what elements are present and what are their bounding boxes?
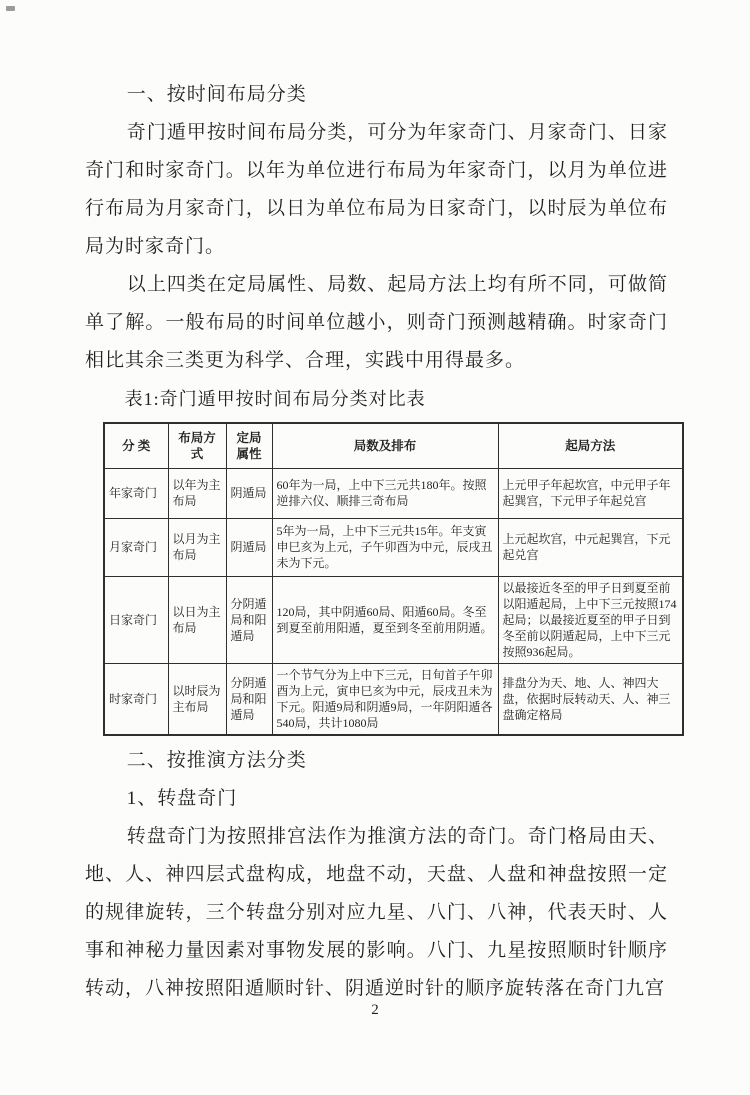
page-number: 2 xyxy=(0,1002,750,1019)
header-qiju-method: 起局方法 xyxy=(498,423,683,468)
cell-qiju-method: 上元起坎宫，中元起巽宫，下元起兑宫 xyxy=(498,518,683,576)
cell-ju-count: 5年为一局，上中下三元共15年。年支寅申巳亥为上元，子午卯酉为中元，辰戌丑未为下… xyxy=(272,518,498,576)
cell-ju-count: 60年为一局，上中下三元共180年。按照逆排六仪、顺排三奇布局 xyxy=(272,468,498,518)
section-heading-time-layout: 一、按时间布局分类 xyxy=(85,76,668,114)
cell-category: 时家奇门 xyxy=(104,663,168,735)
cell-layout-method: 以时辰为主布局 xyxy=(168,663,226,735)
cell-ju-count: 一个节气分为上中下三元，日旬首子午卯酉为上元，寅申巳亥为中元，辰戌丑未为下元。阳… xyxy=(272,663,498,735)
cell-layout-method: 以月为主布局 xyxy=(168,518,226,576)
cell-ju-count: 120局，其中阴遁60局、阳遁60局。冬至到夏至前用阳遁，夏至到冬至前用阴遁。 xyxy=(272,576,498,663)
cell-qiju-method: 上元甲子年起坎宫，中元甲子年起巽宫，下元甲子年起兑宫 xyxy=(498,468,683,518)
header-category: 分 类 xyxy=(104,423,168,468)
cell-ju-attribute: 阴遁局 xyxy=(226,518,272,576)
cell-layout-method: 以日为主布局 xyxy=(168,576,226,663)
cell-ju-attribute: 分阴遁局和阳遁局 xyxy=(226,576,272,663)
subsection-heading-rotating-plate: 1、转盘奇门 xyxy=(85,780,668,818)
table-row-year-qimen: 年家奇门 以年为主布局 阴遁局 60年为一局，上中下三元共180年。按照逆排六仪… xyxy=(104,468,683,518)
scan-artifact xyxy=(6,6,15,11)
comparison-table: 分 类 布局方式 定局属性 局数及排布 起局方法 年家奇门 以年为主布局 阴遁局… xyxy=(103,422,684,736)
paragraph-rotating-plate-qimen: 转盘奇门为按照排宫法作为推演方法的奇门。奇门格局由天、地、人、神四层式盘构成，地… xyxy=(85,818,668,1008)
paragraph-time-layout-comparison: 以上四类在定局属性、局数、起局方法上均有所不同，可做简单了解。一般布局的时间单位… xyxy=(85,266,668,380)
cell-qiju-method: 以最接近冬至的甲子日到夏至前以阳遁起局，上中下三元按照174起局；以最接近夏至的… xyxy=(498,576,683,663)
table-header-row: 分 类 布局方式 定局属性 局数及排布 起局方法 xyxy=(104,423,683,468)
cell-ju-attribute: 阴遁局 xyxy=(226,468,272,518)
document-page: 一、按时间布局分类 奇门遁甲按时间布局分类，可分为年家奇门、月家奇门、日家奇门和… xyxy=(0,0,750,1095)
table-row-month-qimen: 月家奇门 以月为主布局 阴遁局 5年为一局，上中下三元共15年。年支寅申巳亥为上… xyxy=(104,518,683,576)
header-ju-count-arrangement: 局数及排布 xyxy=(272,423,498,468)
cell-ju-attribute: 分阴遁局和阳遁局 xyxy=(226,663,272,735)
table-row-hour-qimen: 时家奇门 以时辰为主布局 分阴遁局和阳遁局 一个节气分为上中下三元，日旬首子午卯… xyxy=(104,663,683,735)
cell-layout-method: 以年为主布局 xyxy=(168,468,226,518)
header-layout-method: 布局方式 xyxy=(168,423,226,468)
cell-qiju-method: 排盘分为天、地、人、神四大盘，依据时辰转动天、人、神三盘确定格局 xyxy=(498,663,683,735)
cell-category: 年家奇门 xyxy=(104,468,168,518)
table-row-day-qimen: 日家奇门 以日为主布局 分阴遁局和阳遁局 120局，其中阴遁60局、阳遁60局。… xyxy=(104,576,683,663)
table-caption: 表1:奇门遁甲按时间布局分类对比表 xyxy=(85,380,668,418)
cell-category: 日家奇门 xyxy=(104,576,168,663)
cell-category: 月家奇门 xyxy=(104,518,168,576)
section-heading-deduction-method: 二、按推演方法分类 xyxy=(85,742,668,780)
paragraph-time-layout-intro: 奇门遁甲按时间布局分类，可分为年家奇门、月家奇门、日家奇门和时家奇门。以年为单位… xyxy=(85,114,668,266)
header-ju-attribute: 定局属性 xyxy=(226,423,272,468)
